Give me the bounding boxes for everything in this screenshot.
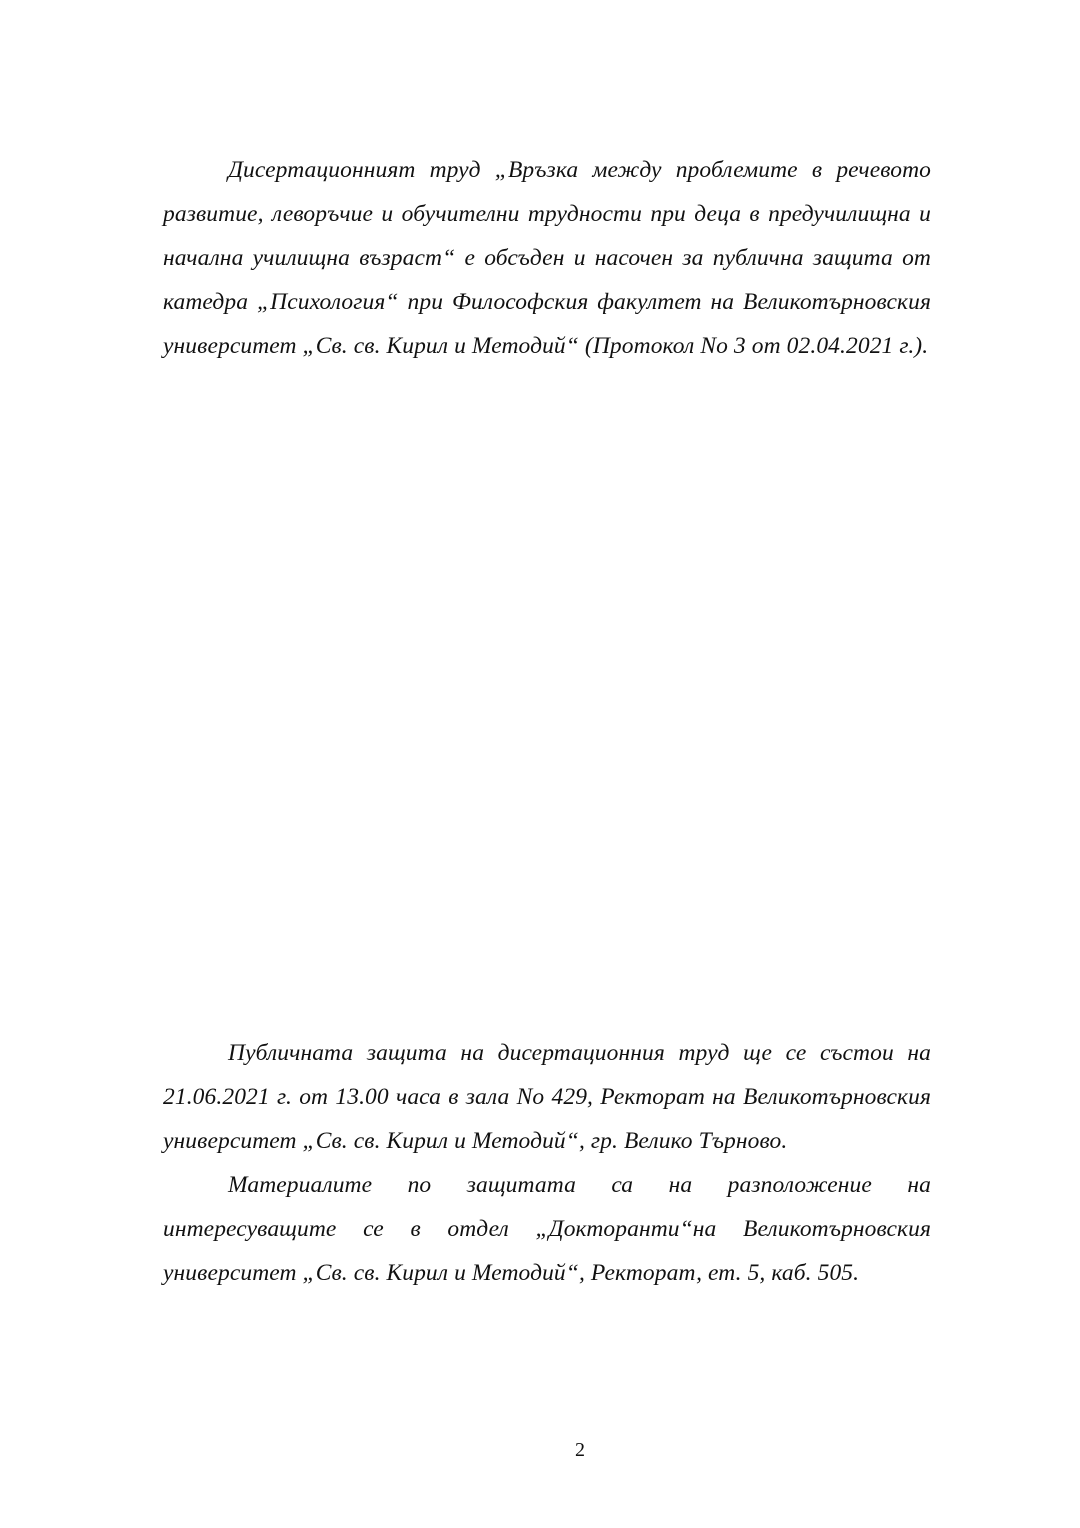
- approval-paragraph: Дисертационният труд „Връзка между пробл…: [163, 148, 931, 368]
- materials-availability-paragraph: Материалите по защитата са на разположен…: [163, 1163, 931, 1295]
- defense-schedule-paragraph: Публичната защита на дисертационния труд…: [163, 1031, 931, 1163]
- page-number: 2: [0, 1438, 1080, 1462]
- defense-information: Публичната защита на дисертационния труд…: [163, 1031, 931, 1295]
- approval-notice: Дисертационният труд „Връзка между пробл…: [163, 148, 931, 368]
